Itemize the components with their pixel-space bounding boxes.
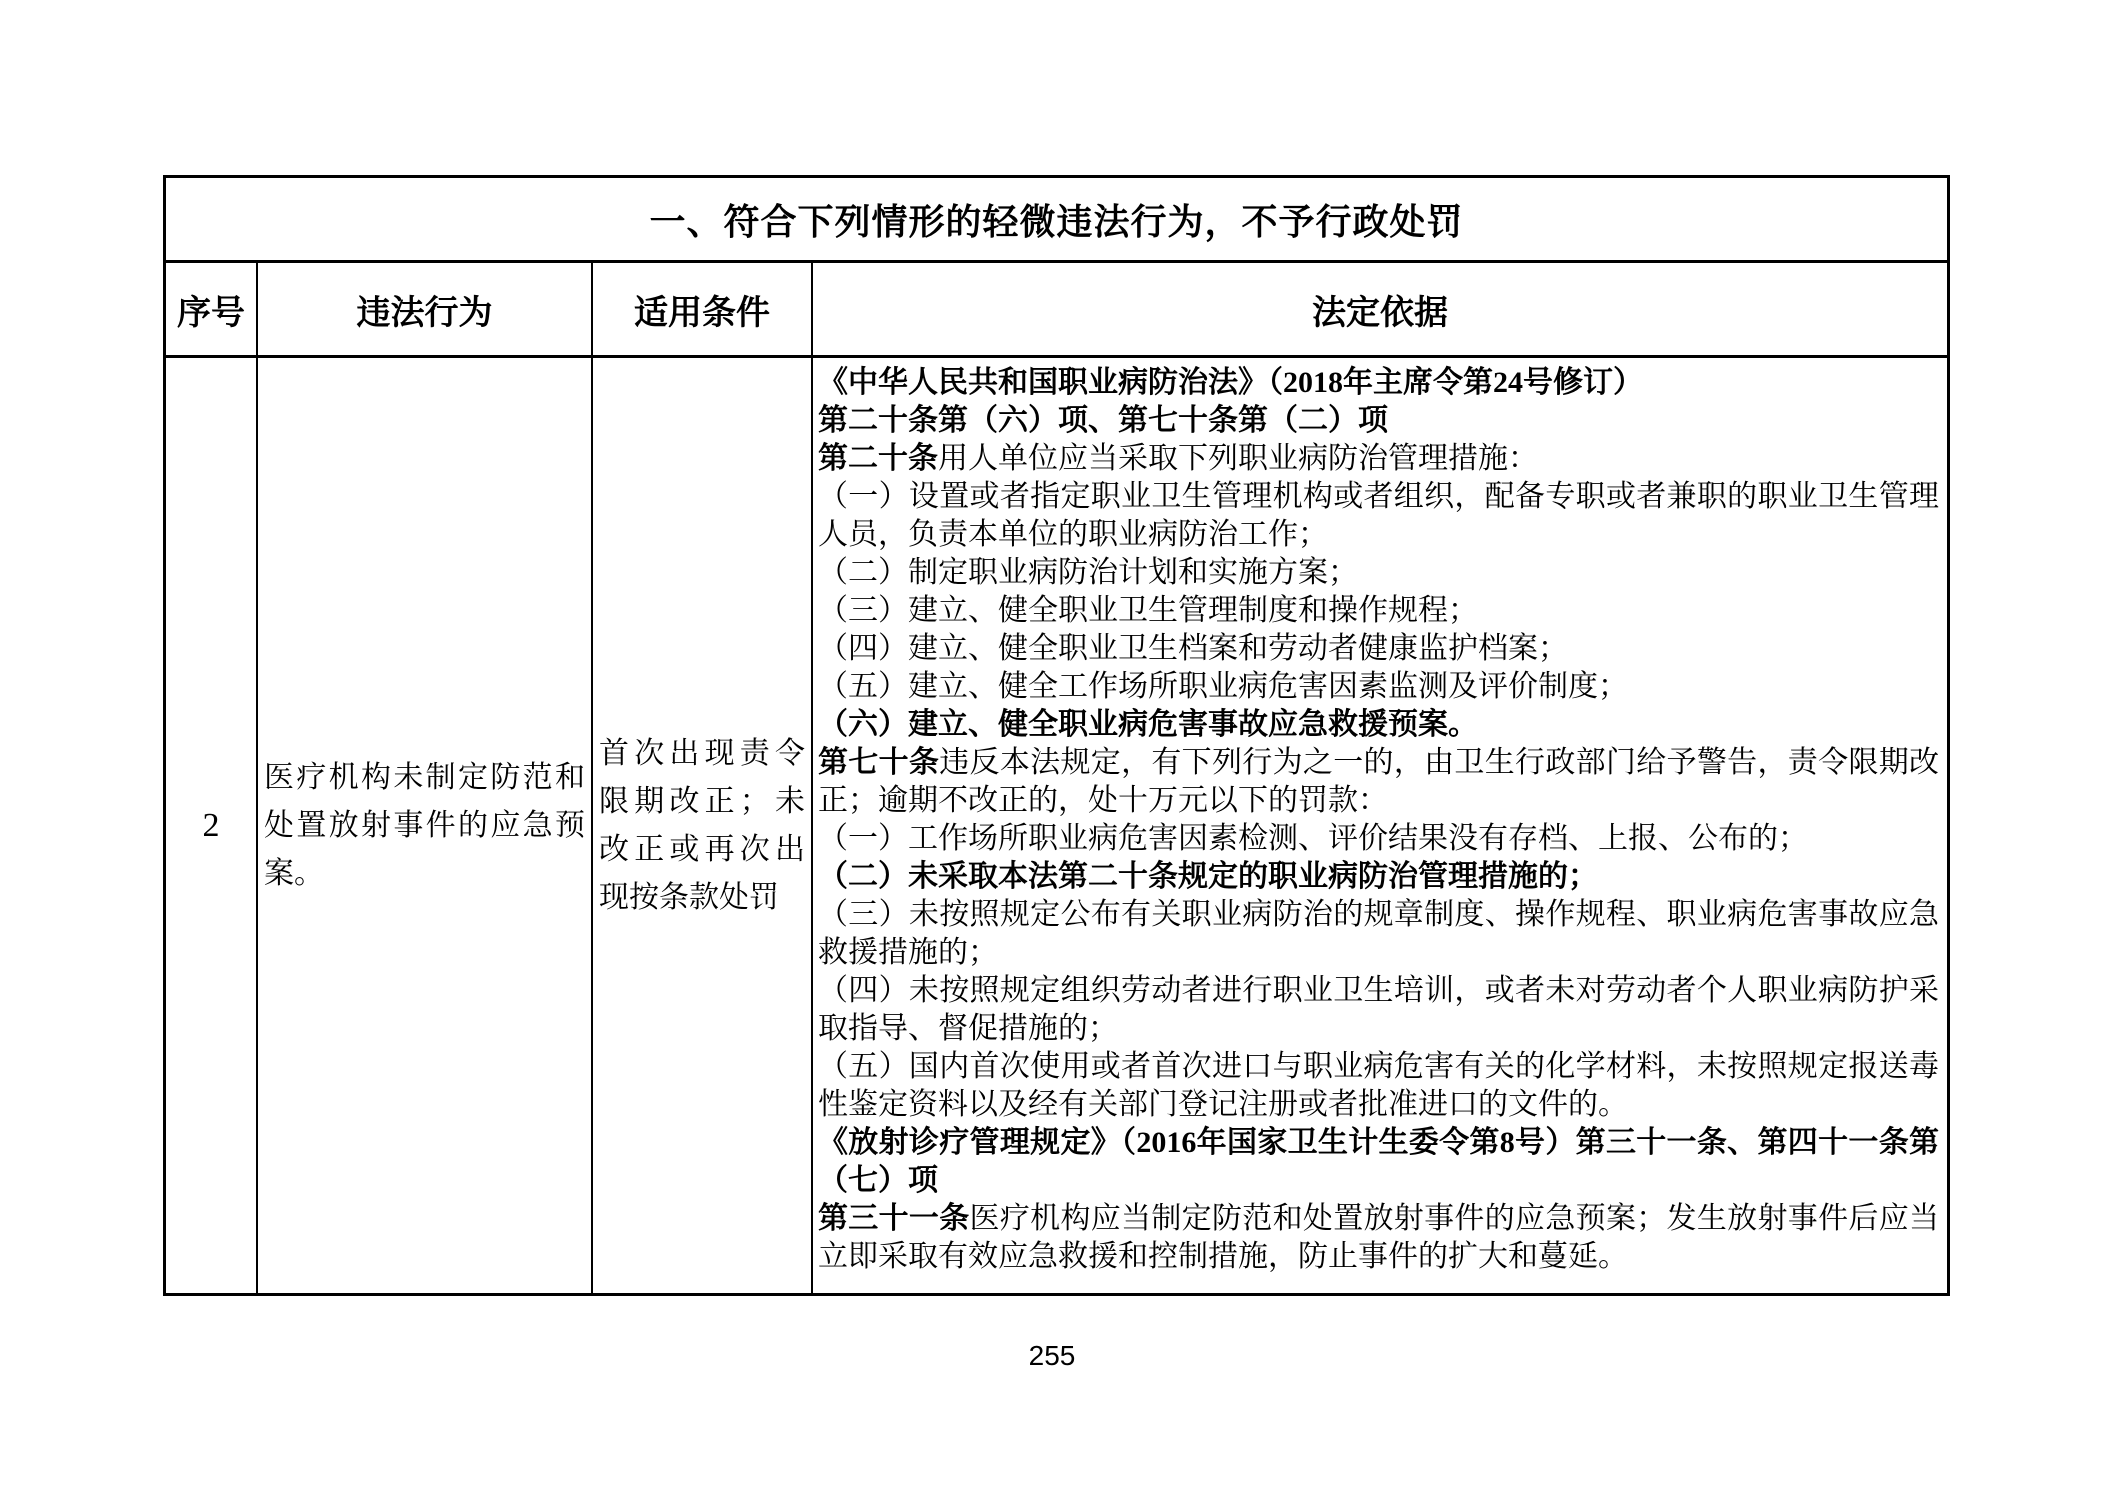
legal-basis-paragraph: （三）未按照规定公布有关职业病防治的规章制度、操作规程、职业病危害事故应急救援措… xyxy=(818,896,1939,972)
table-title: 一、符合下列情形的轻微违法行为，不予行政处罚 xyxy=(166,178,1947,263)
legal-basis-cell: 《中华人民共和国职业病防治法》（2018年主席令第24号修订）第二十条第（六）项… xyxy=(811,358,1947,1293)
behavior-text: 医疗机构未制定防范和处置放射事件的应急预案。 xyxy=(264,754,585,898)
condition-text: 首次出现责令限期改正；未改正或再次出现按条款处罚 xyxy=(599,730,805,922)
legal-basis-paragraph: （五）国内首次使用或者首次进口与职业病危害有关的化学材料，未按照规定报送毒性鉴定… xyxy=(818,1048,1939,1124)
legal-basis-paragraph: （四）未按照规定组织劳动者进行职业卫生培训，或者未对劳动者个人职业病防护采取指导… xyxy=(818,972,1939,1048)
legal-basis-paragraph: 《放射诊疗管理规定》（2016年国家卫生计生委令第8号）第三十一条、第四十一条第… xyxy=(818,1124,1939,1200)
column-header-condition: 适用条件 xyxy=(591,263,811,358)
table-grid: 序号 违法行为 适用条件 法定依据 2 医疗机构未制定防范和处置放射事件的应急预… xyxy=(166,263,1947,1293)
legal-basis-paragraph: 《中华人民共和国职业病防治法》（2018年主席令第24号修订） xyxy=(818,364,1939,402)
cell-index: 2 xyxy=(166,358,256,1293)
legal-basis-paragraph: 第七十条违反本法规定，有下列行为之一的，由卫生行政部门给予警告，责令限期改正；逾… xyxy=(818,744,1939,820)
legal-basis-paragraph: （二）未采取本法第二十条规定的职业病防治管理措施的； xyxy=(818,858,1939,896)
cell-behavior: 医疗机构未制定防范和处置放射事件的应急预案。 xyxy=(256,358,591,1293)
column-header-basis: 法定依据 xyxy=(811,263,1947,358)
page-number: 255 xyxy=(0,1340,2104,1372)
legal-basis-paragraph: 第二十条第（六）项、第七十条第（二）项 xyxy=(818,402,1939,440)
legal-basis-paragraph: （一）工作场所职业病危害因素检测、评价结果没有存档、上报、公布的； xyxy=(818,820,1939,858)
penalty-table: 一、符合下列情形的轻微违法行为，不予行政处罚 序号 违法行为 适用条件 法定依据… xyxy=(163,175,1950,1296)
legal-basis-paragraph: （五）建立、健全工作场所职业病危害因素监测及评价制度； xyxy=(818,668,1939,706)
column-header-index: 序号 xyxy=(166,263,256,358)
legal-basis-paragraph: 第三十一条医疗机构应当制定防范和处置放射事件的应急预案；发生放射事件后应当立即采… xyxy=(818,1200,1939,1276)
legal-basis-paragraph: （四）建立、健全职业卫生档案和劳动者健康监护档案； xyxy=(818,630,1939,668)
cell-condition: 首次出现责令限期改正；未改正或再次出现按条款处罚 xyxy=(591,358,811,1293)
legal-basis-paragraph: （三）建立、健全职业卫生管理制度和操作规程； xyxy=(818,592,1939,630)
document-page: 一、符合下列情形的轻微违法行为，不予行政处罚 序号 违法行为 适用条件 法定依据… xyxy=(0,0,2104,1488)
column-header-behavior: 违法行为 xyxy=(256,263,591,358)
legal-basis-paragraph: （一）设置或者指定职业卫生管理机构或者组织，配备专职或者兼职的职业卫生管理人员，… xyxy=(818,478,1939,554)
legal-basis-paragraph: （六）建立、健全职业病危害事故应急救援预案。 xyxy=(818,706,1939,744)
legal-basis-paragraph: 第二十条用人单位应当采取下列职业病防治管理措施： xyxy=(818,440,1939,478)
legal-basis-paragraph: （二）制定职业病防治计划和实施方案； xyxy=(818,554,1939,592)
